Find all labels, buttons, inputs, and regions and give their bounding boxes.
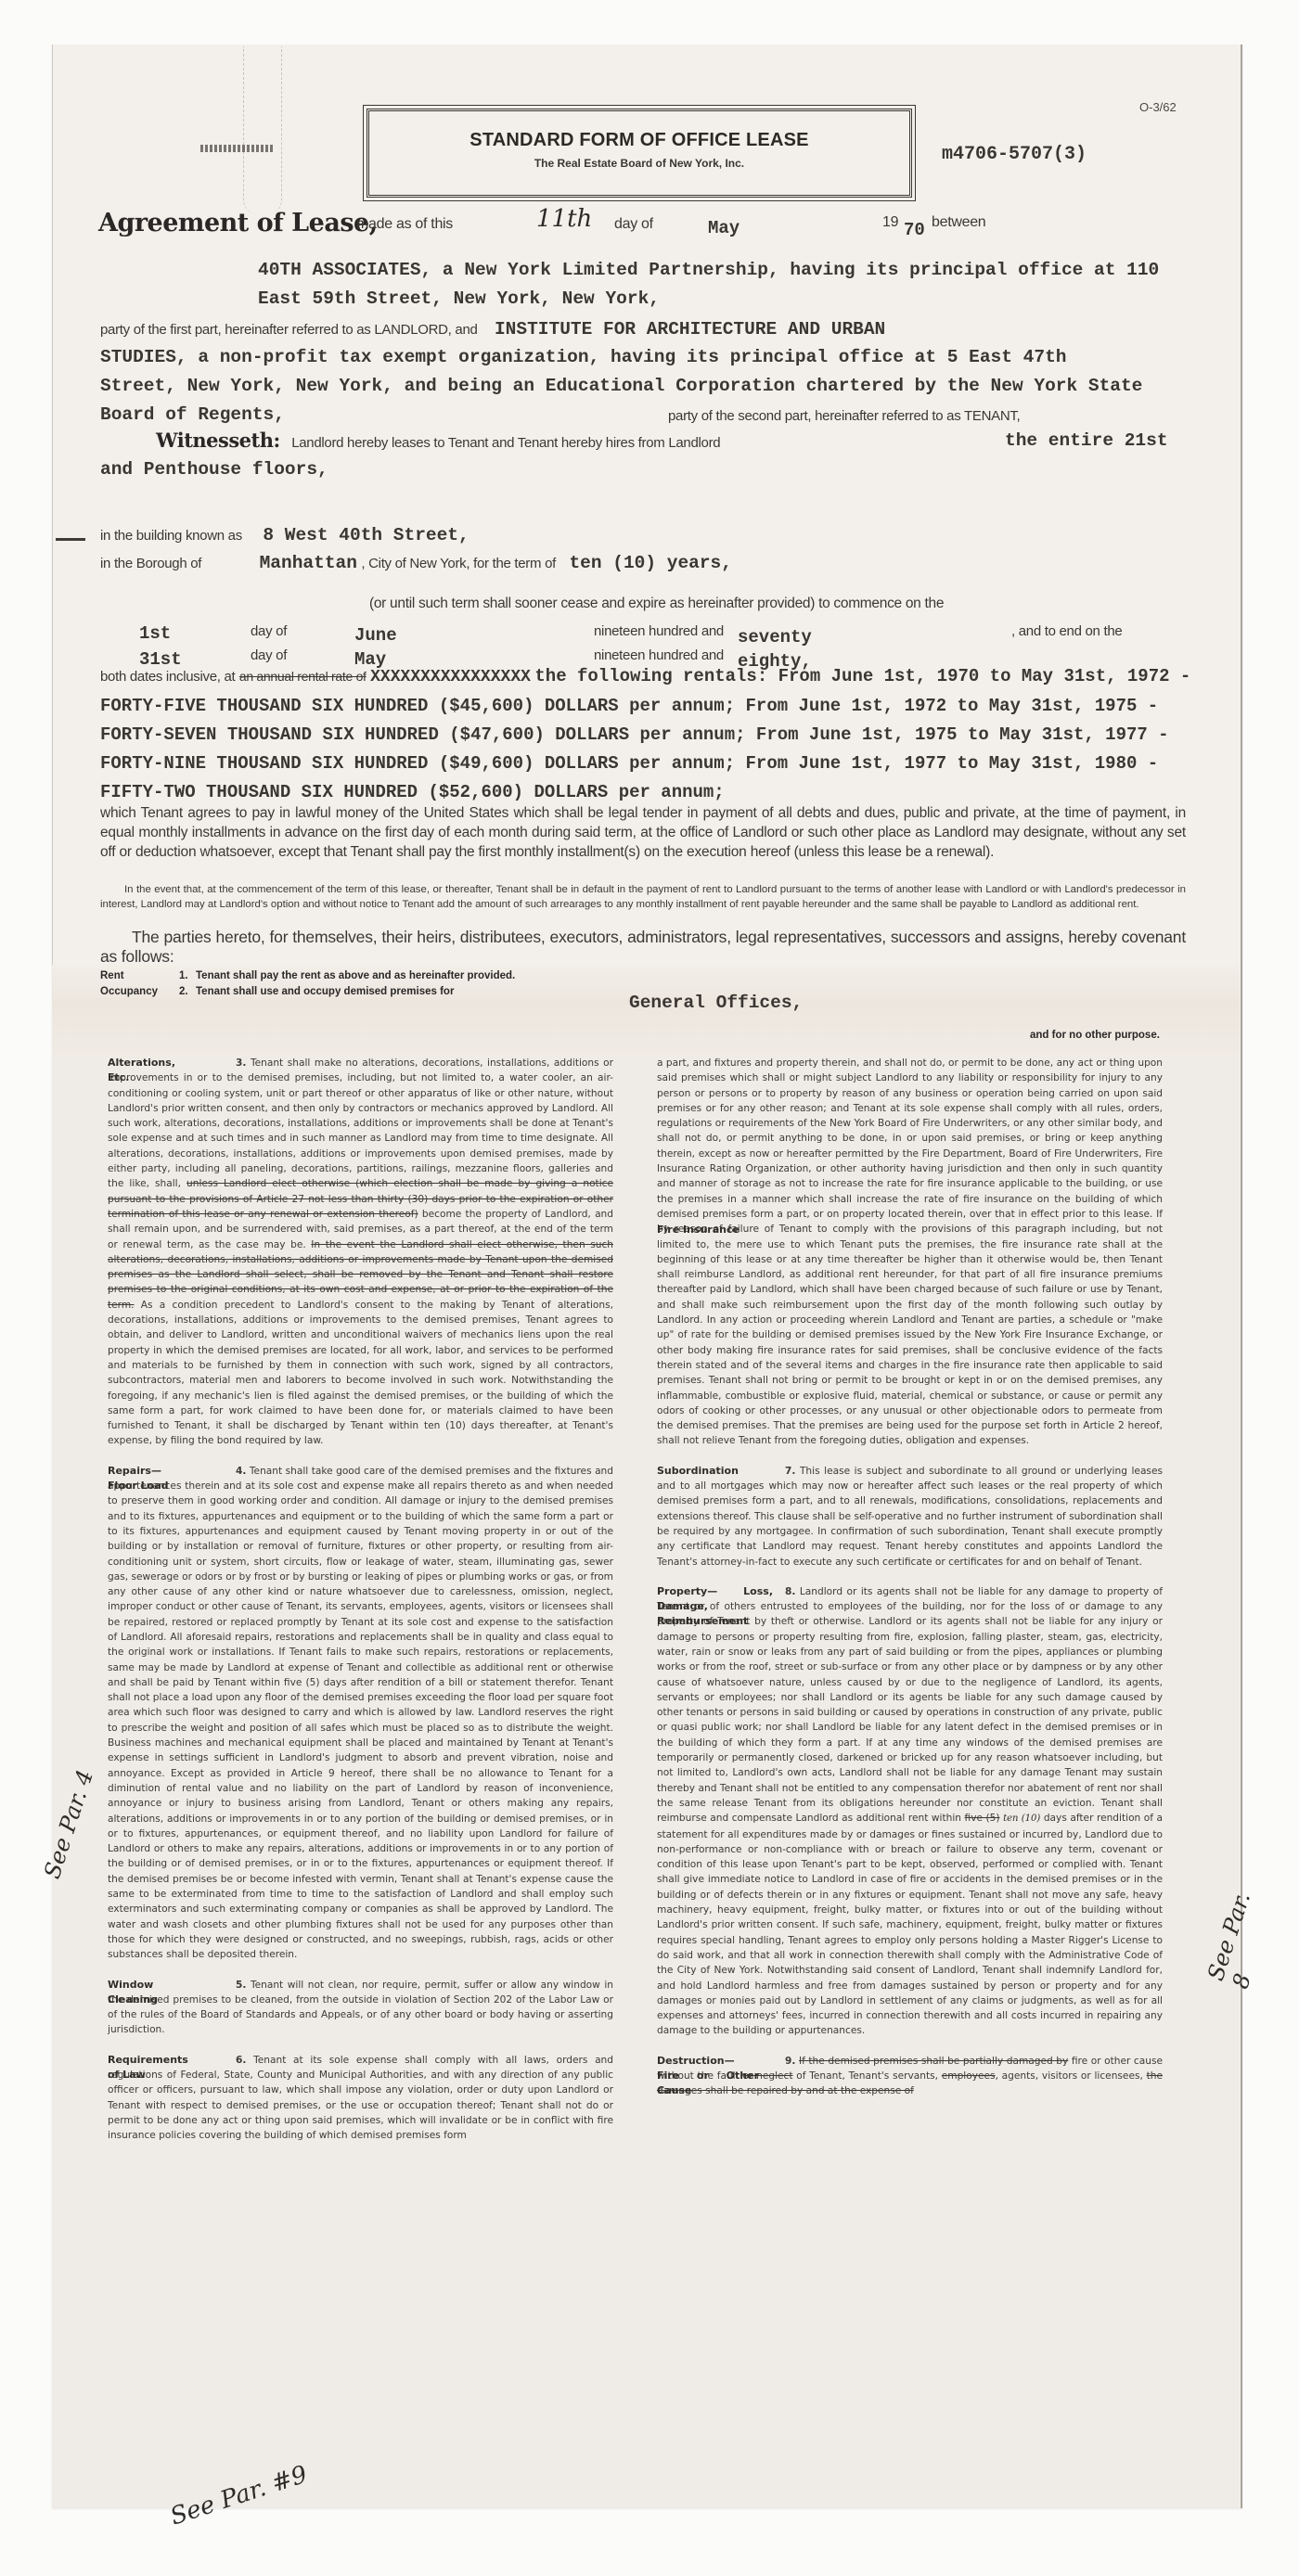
- clause-5-number: 5.: [236, 1980, 246, 1991]
- end-nineteen-label: nineteen hundred and: [594, 647, 724, 663]
- first-party-label: party of the first part, hereinafter ref…: [100, 322, 478, 338]
- clause-4-label: Repairs— Floor Load: [108, 1464, 191, 1493]
- clause-5-label: Window Cleaning: [108, 1978, 191, 2007]
- clause-8-handwritten-insert: ten (10): [1003, 1813, 1040, 1824]
- rental-block: both dates inclusive, at an annual renta…: [100, 662, 1195, 807]
- clause-9-number: 9.: [785, 2056, 795, 2067]
- agreement-heading: Agreement of Lease,: [98, 209, 378, 237]
- staple-fold-mark: [243, 46, 282, 213]
- clause-3-label: Alterations, Etc.: [108, 1056, 191, 1085]
- clause-7-label: Subordination: [657, 1464, 759, 1479]
- struck-rental-rate: an annual rental rate of: [239, 669, 367, 684]
- made-as-of-label: made as of this: [356, 216, 453, 233]
- landlord-block: 40TH ASSOCIATES, a New York Limited Part…: [100, 256, 1195, 314]
- start-year: seventy: [738, 627, 812, 647]
- start-month: June: [354, 625, 397, 646]
- agreement-year: 70: [904, 220, 925, 240]
- fire-insurance-label: Fire Insurance: [657, 1223, 750, 1237]
- end-on-label: , and to end on the: [1011, 623, 1122, 639]
- occupancy-text: Tenant shall use and occupy demised prem…: [196, 986, 454, 997]
- lease-term: ten (10) years,: [569, 553, 732, 573]
- form-code: O-3/62: [1139, 100, 1177, 114]
- default-clause: In the event that, at the commencement o…: [100, 883, 1186, 912]
- occupancy-suffix: and for no other purpose.: [1030, 1030, 1160, 1041]
- day-of-label: day of: [614, 216, 653, 233]
- left-column: Alterations, Etc. 3. Tenant shall make n…: [108, 1056, 613, 2143]
- clause-3-alterations: Alterations, Etc. 3. Tenant shall make n…: [108, 1056, 613, 1449]
- clause-8-property: Property— Loss, Damage, Reimbursement 8.…: [657, 1584, 1163, 2039]
- redacted-stamp: [200, 145, 275, 152]
- agreement-month: May: [708, 218, 740, 238]
- clause-9-label: Destruction— Fire or Other Cause: [657, 2054, 759, 2098]
- building-label: in the building known as: [100, 528, 242, 544]
- start-day-of-label: day of: [251, 623, 287, 639]
- inclusive-label: both dates inclusive, at: [100, 669, 235, 685]
- clause-6-continued-text: a part, and fixtures and property therei…: [657, 1056, 1163, 1449]
- clause-9-text-2: of Tenant, Tenant's servants,: [793, 2070, 942, 2082]
- occupancy-number: 2.: [179, 986, 188, 997]
- form-title-box: STANDARD FORM OF OFFICE LEASE The Real E…: [367, 109, 912, 198]
- between-label: between: [932, 214, 985, 231]
- clause-9-text-3: , agents, visitors or licensees,: [996, 2070, 1147, 2082]
- clause-7-number: 7.: [785, 1466, 795, 1477]
- clause-3-text-3: As a condition precedent to Landlord's c…: [108, 1300, 613, 1447]
- form-title: STANDARD FORM OF OFFICE LEASE: [369, 130, 909, 151]
- form-publisher: The Real Estate Board of New York, Inc.: [369, 157, 909, 170]
- clause-5-window: Window Cleaning 5. Tenant will not clean…: [108, 1978, 613, 2038]
- clause-9-destruction: Destruction— Fire or Other Cause 9. If t…: [657, 2054, 1163, 2099]
- clause-4-number: 4.: [236, 1466, 246, 1477]
- start-nineteen-label: nineteen hundred and: [594, 623, 724, 639]
- covenant-text: The parties hereto, for themselves, thei…: [100, 928, 1186, 967]
- document-number: m4706-5707(3): [942, 144, 1087, 165]
- clause-9-struck-1: If the demised premises shall be partial…: [799, 2056, 1068, 2067]
- occupancy-use: General Offices,: [629, 989, 803, 1018]
- rent-text: Tenant shall pay the rent as above and a…: [196, 970, 515, 981]
- rent-number: 1.: [179, 970, 188, 981]
- commence-text: (or until such term shall sooner cease a…: [369, 596, 944, 612]
- occupancy-label: Occupancy: [100, 986, 158, 997]
- landlord-text: 40TH ASSOCIATES, a New York Limited Part…: [100, 256, 1195, 314]
- clause-9-struck-3: employees: [942, 2070, 996, 2082]
- building-line: in the building known as 8 West 40th Str…: [100, 521, 1214, 550]
- clause-4-repairs: Repairs— Floor Load 4. Tenant shall take…: [108, 1464, 613, 1963]
- premises-description: the entire 21st and Penthouse floors,: [100, 427, 1195, 484]
- building-address: 8 West 40th Street,: [263, 525, 469, 545]
- clause-8-struck: five (5): [965, 1813, 1000, 1824]
- start-day: 1st: [139, 623, 171, 644]
- short-clauses: Rent 1. Tenant shall pay the rent as abo…: [100, 970, 1195, 1044]
- xx-overstrike: XXXXXXXXXXXXXXXX: [370, 668, 531, 686]
- rent-label: Rent: [100, 970, 124, 981]
- margin-tick-mark: [56, 538, 85, 541]
- first-party-line: party of the first part, hereinafter ref…: [100, 315, 1241, 344]
- clause-3-number: 3.: [236, 1057, 246, 1069]
- clause-8-label: Property— Loss, Damage, Reimbursement: [657, 1584, 773, 1629]
- payment-terms: which Tenant agrees to pay in lawful mon…: [100, 803, 1186, 862]
- agreement-line: Agreement of Lease, made as of this 11th…: [98, 209, 1240, 246]
- end-day-of-label: day of: [251, 647, 287, 663]
- day-handwritten: 11th: [536, 205, 592, 233]
- year-prefix: 19: [882, 214, 898, 231]
- clause-6-number: 6.: [236, 2055, 246, 2066]
- tenant-text-line1: INSTITUTE FOR ARCHITECTURE AND URBAN: [495, 319, 885, 340]
- rental-schedule-text: the following rentals: From June 1st, 19…: [100, 666, 1190, 802]
- clause-6-law: Requirements of Law 6. Tenant at its sol…: [108, 2053, 613, 2144]
- borough-label: in the Borough of: [100, 556, 201, 571]
- clause-8-text-2: days after rendition of a statement for …: [657, 1813, 1163, 2036]
- clause-4-text: Tenant shall take good care of the demis…: [108, 1466, 613, 1961]
- borough-line: in the Borough of Manhattan , City of Ne…: [100, 549, 1214, 578]
- clause-7-subordination: Subordination 7. This lease is subject a…: [657, 1464, 1163, 1570]
- clause-6-continued: Fire Insurance a part, and fixtures and …: [657, 1056, 1163, 1449]
- clause-6-label: Requirements of Law: [108, 2053, 200, 2083]
- second-party-label: party of the second part, hereinafter re…: [668, 408, 1020, 424]
- clause-7-text: This lease is subject and subordinate to…: [657, 1466, 1163, 1568]
- clause-8-number: 8.: [785, 1586, 795, 1597]
- city-label: , City of New York, for the term of: [361, 556, 556, 571]
- right-column: Fire Insurance a part, and fixtures and …: [657, 1056, 1163, 2099]
- borough-value: Manhattan: [260, 553, 357, 573]
